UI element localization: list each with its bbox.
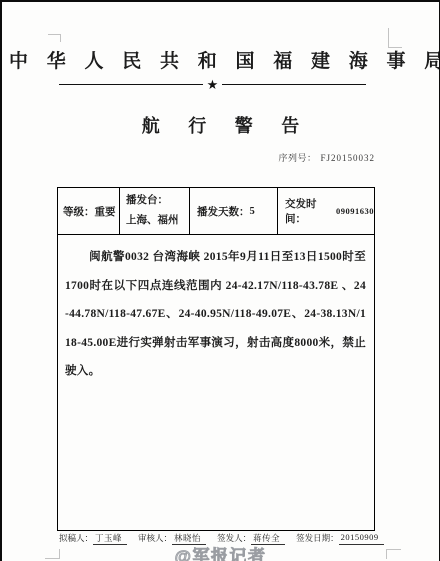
document-title: 航 行 警 告 xyxy=(2,112,439,138)
crop-mark-top-left xyxy=(48,34,61,42)
divider-line-left xyxy=(59,84,203,86)
crop-mark-top-right xyxy=(388,28,402,48)
days-label: 播发天数： xyxy=(197,204,250,219)
divider-line-right xyxy=(222,84,366,86)
station-label: 播发台： xyxy=(126,191,189,211)
serial-label: 序列号： xyxy=(278,153,316,163)
level-cell: 等级：重要 xyxy=(58,188,120,234)
warning-body-cell: 闽航警0032 台湾海峡 2015年9月11日至13日1500时至1700时在以… xyxy=(58,235,374,386)
time-value: 09091630 xyxy=(336,206,374,216)
broadcast-days-cell: 播发天数：5 xyxy=(190,188,278,234)
document-page: 中 华 人 民 共 和 国 福 建 海 事 局 ★ 航 行 警 告 序列号：FJ… xyxy=(0,0,440,561)
star-divider: ★ xyxy=(59,78,366,91)
info-header-row: 等级：重要 播发台： 上海、福州 播发天数：5 交发时间：09091630 xyxy=(58,188,374,235)
warning-table: 等级：重要 播发台： 上海、福州 播发天数：5 交发时间：09091630 闽航… xyxy=(57,187,375,531)
time-label: 交发时间： xyxy=(285,196,334,226)
issuing-authority-title: 中 华 人 民 共 和 国 福 建 海 事 局 xyxy=(2,46,439,73)
serial-value: FJ20150032 xyxy=(320,153,375,163)
level-label: 等级： xyxy=(63,204,95,219)
weibo-watermark: @军报记者 xyxy=(2,542,439,561)
level-value: 重要 xyxy=(95,204,116,219)
broadcast-station-cell: 播发台： 上海、福州 xyxy=(120,188,190,234)
serial-number: 序列号：FJ20150032 xyxy=(278,151,375,164)
warning-text: 闽航警0032 台湾海峡 2015年9月11日至13日1500时至1700时在以… xyxy=(65,243,366,386)
delivery-time-cell: 交发时间：09091630 xyxy=(278,188,374,234)
days-value: 5 xyxy=(250,206,255,217)
station-value: 上海、福州 xyxy=(126,211,189,231)
star-icon: ★ xyxy=(207,78,219,91)
